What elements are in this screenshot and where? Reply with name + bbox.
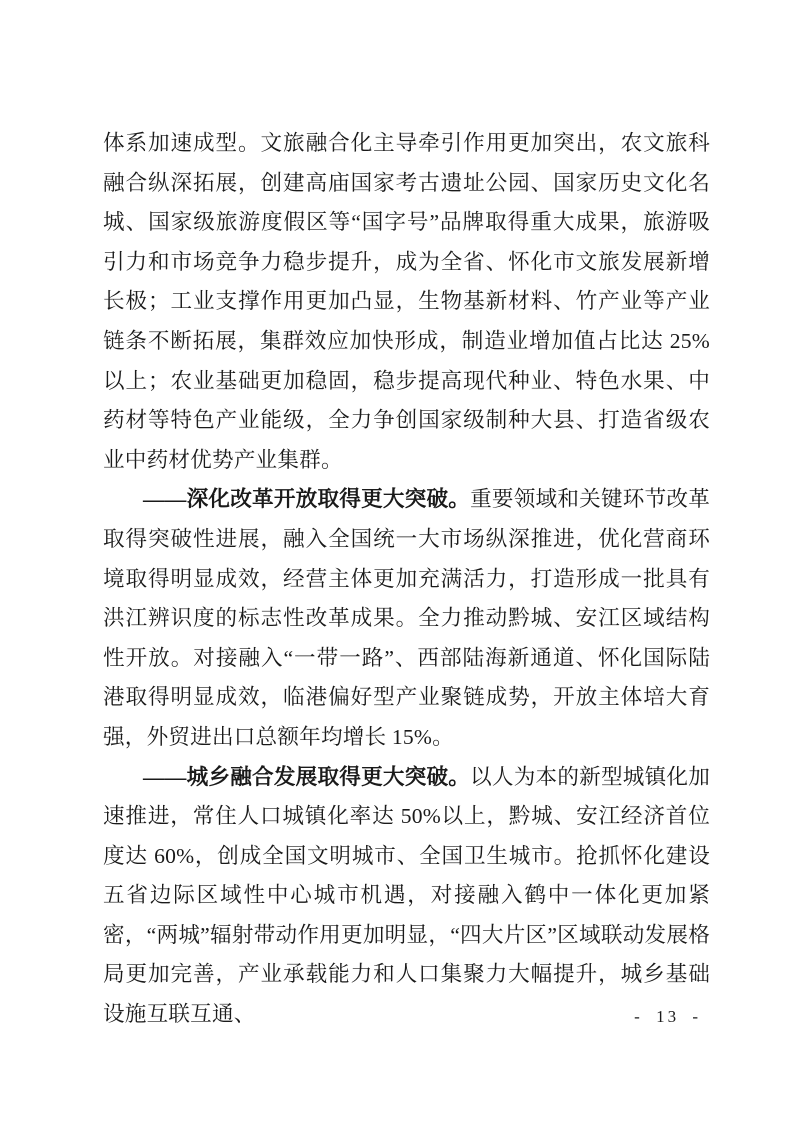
paragraph-text: 体系加速成型。文旅融合化主导牵引作用更加突出，农文旅科融合纵深拓展，创建高庙国家… — [103, 131, 710, 472]
paragraph-lead: ——城乡融合发展取得更大突破。 — [143, 765, 470, 789]
paragraph-continuation: 体系加速成型。文旅融合化主导牵引作用更加突出，农文旅科融合纵深拓展，创建高庙国家… — [103, 124, 710, 480]
paragraph-text: 重要领域和关键环节改革取得突破性进展，融入全国统一大市场纵深推进，优化营商环境取… — [103, 487, 710, 749]
page-number: - 13 - — [634, 1007, 701, 1027]
page-body-text: 体系加速成型。文旅融合化主导牵引作用更加突出，农文旅科融合纵深拓展，创建高庙国家… — [103, 124, 710, 1035]
paragraph-lead: ——深化改革开放取得更大突破。 — [143, 487, 470, 511]
paragraph-reform-breakthrough: ——深化改革开放取得更大突破。重要领域和关键环节改革取得突破性进展，融入全国统一… — [103, 480, 710, 757]
paragraph-urban-rural-breakthrough: ——城乡融合发展取得更大突破。以人为本的新型城镇化加速推进，常住人口城镇化率达 … — [103, 758, 710, 1035]
paragraph-text: 以人为本的新型城镇化加速推进，常住人口城镇化率达 50%以上，黔城、安江经济首位… — [103, 765, 710, 1027]
document-page: 体系加速成型。文旅融合化主导牵引作用更加突出，农文旅科融合纵深拓展，创建高庙国家… — [0, 0, 793, 1122]
